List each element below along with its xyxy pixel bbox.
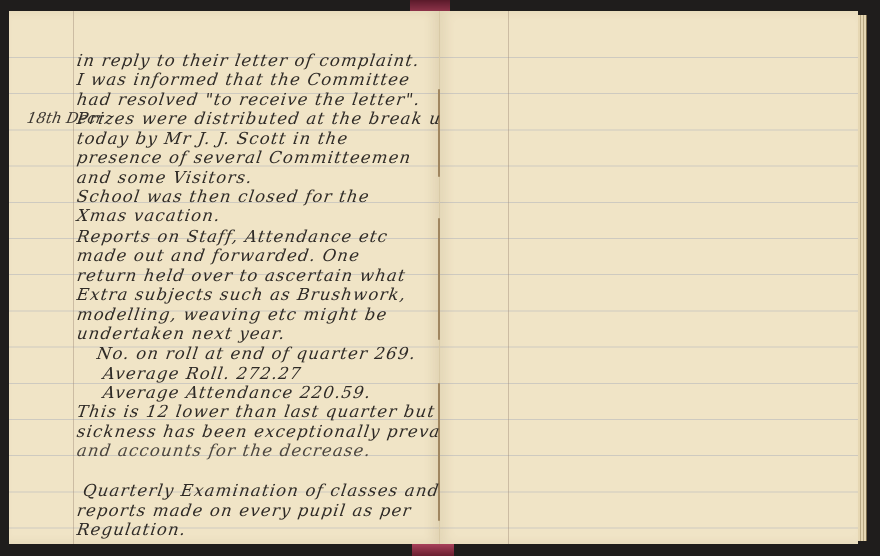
text-line: today by Mr J. J. Scott in the <box>76 129 350 148</box>
text-line: Quarterly Examination of classes and <box>82 481 441 500</box>
text-line: Reports on Staff, Attendance etc <box>76 227 390 246</box>
text-line: I was informed that the Committee <box>76 70 412 89</box>
text-line: and accounts for the decrease. <box>76 441 373 460</box>
text-line: Xmas vacation. <box>76 206 222 225</box>
text-line: sickness has been exceptionally prevalen… <box>76 422 479 441</box>
text-line: modelling, weaving etc might be <box>76 305 389 324</box>
page-edges <box>858 15 867 541</box>
text-line: had resolved "to receive the letter". <box>76 90 422 109</box>
text-line: School was then closed for the <box>76 187 371 206</box>
bookmark-ribbon-bottom <box>412 544 454 556</box>
text-line: and some Visitors. <box>76 168 254 187</box>
text-line: in reply to their letter of complaint. <box>76 51 421 70</box>
text-line: return held over to ascertain what <box>76 266 408 285</box>
text-line: No. on roll at end of quarter 269. <box>96 344 418 363</box>
left-margin-rule <box>73 11 74 544</box>
text-line: Average Attendance 220.59. <box>102 383 373 402</box>
text-line: undertaken next year. <box>76 324 287 343</box>
right-margin-rule <box>508 11 509 544</box>
text-line: This is 12 lower than last quarter but <box>76 402 437 421</box>
text-line: Regulation. <box>76 520 188 539</box>
right-page <box>440 11 858 544</box>
text-line: Prizes were distributed at the break up <box>76 109 455 128</box>
text-line: reports made on every pupil as per <box>76 501 413 520</box>
text-line: Extra subjects such as Brushwork, <box>76 285 408 304</box>
open-notebook: 18th Decr in reply to their letter of co… <box>9 11 865 544</box>
text-line: Average Roll. 272.27 <box>102 364 303 383</box>
text-line: made out and forwarded. One <box>76 246 362 265</box>
text-line: presence of several Committeemen <box>76 148 413 167</box>
left-page: 18th Decr in reply to their letter of co… <box>9 11 440 544</box>
